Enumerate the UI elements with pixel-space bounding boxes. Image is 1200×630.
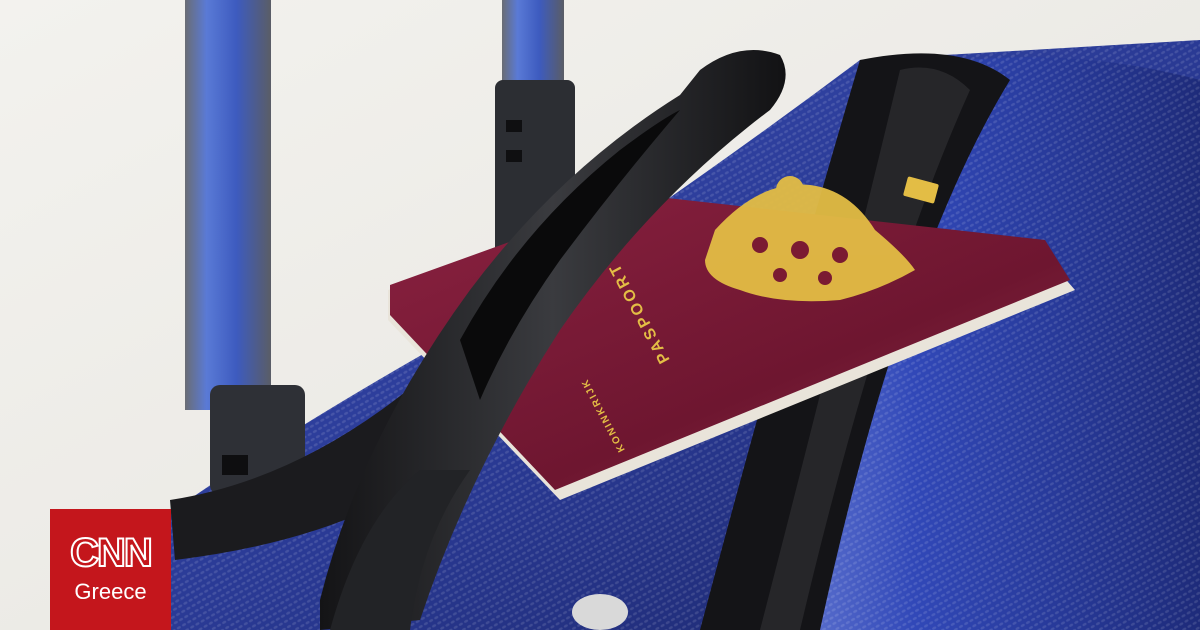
trolley-rod-left <box>185 0 271 410</box>
cnn-greece-logo: CNN Greece <box>50 509 171 630</box>
logo-region: Greece <box>74 581 146 603</box>
logo-brand: CNN <box>70 533 151 573</box>
trolley-rod-right <box>502 0 564 90</box>
photo-scene: PASPOORT KONINKRIJK <box>0 0 1200 630</box>
